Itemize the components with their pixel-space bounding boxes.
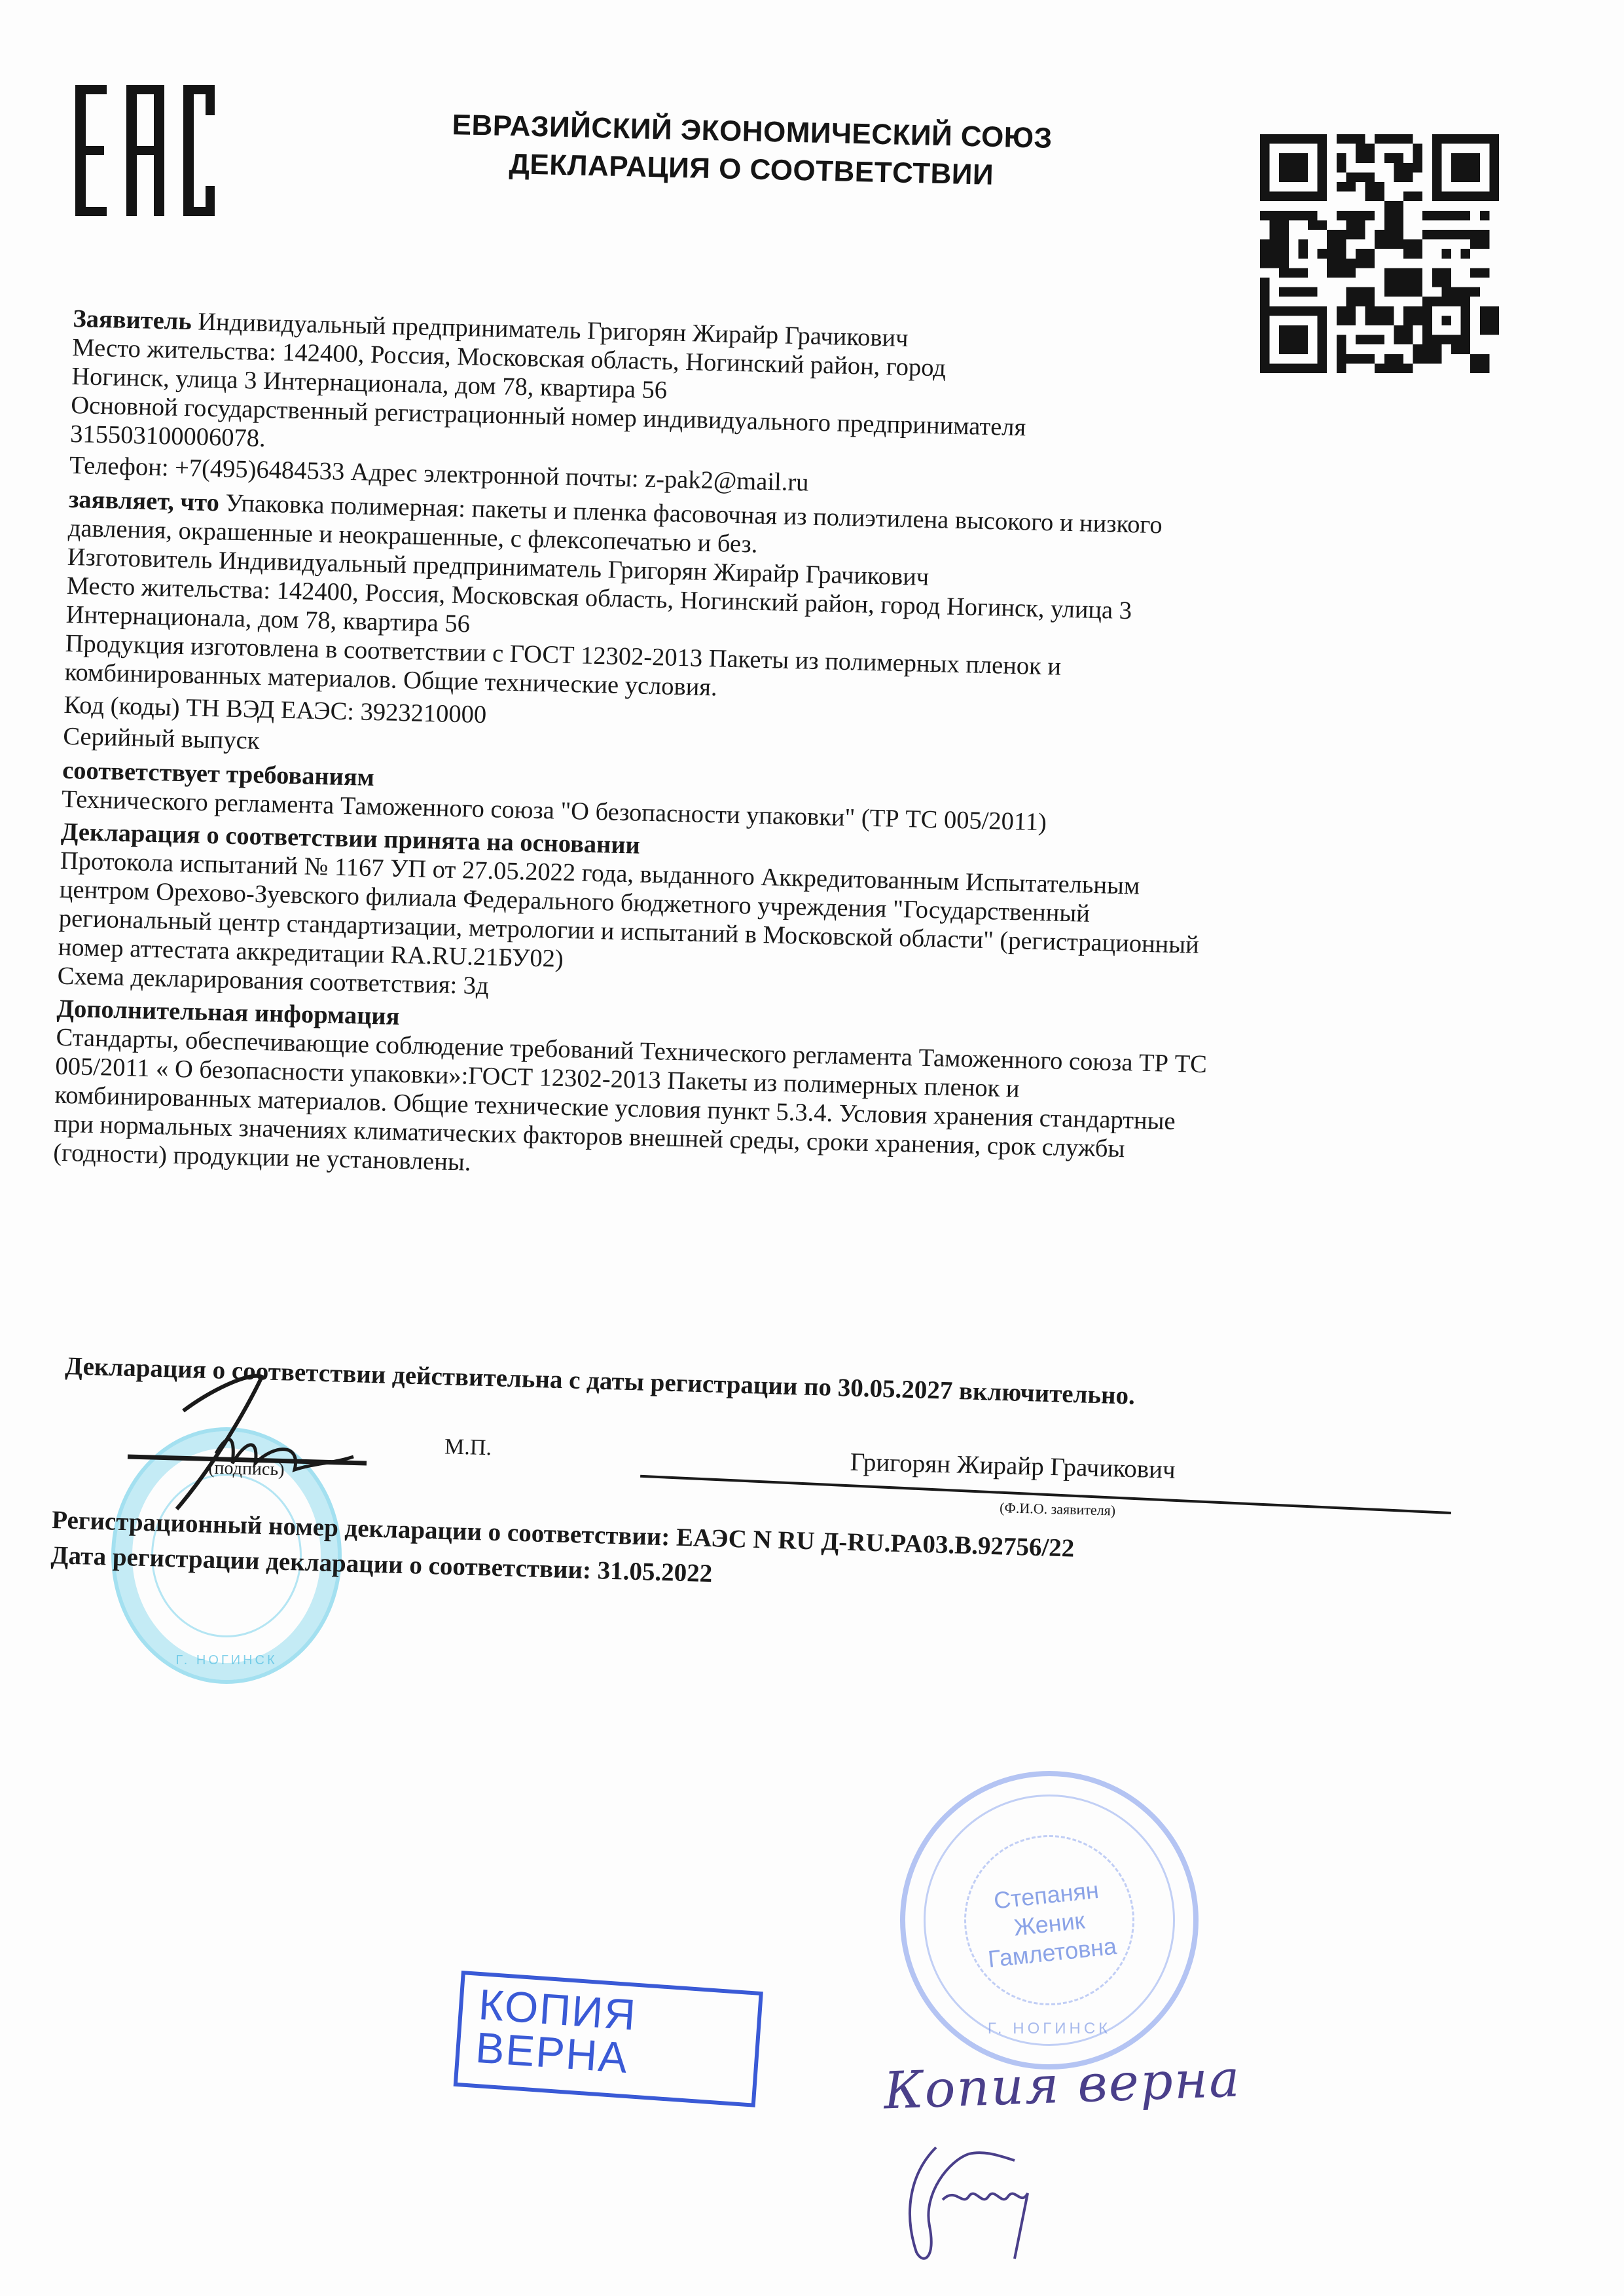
basis-section: Декларация о соответствии принята на осн… <box>57 818 1449 1023</box>
eac-logo-icon <box>75 85 226 216</box>
declaration-body: Заявитель Индивидуальный предприниматель… <box>53 304 1461 1204</box>
registration-date: 31.05.2022 <box>597 1556 713 1588</box>
registration-number: ЕАЭС N RU Д-RU.PA03.B.92756/22 <box>676 1523 1074 1563</box>
signature-caption: (подпись) <box>208 1458 285 1481</box>
additional-section: Дополнительная информация Стандарты, обе… <box>53 994 1445 1200</box>
declares-label: заявляет, что <box>68 486 219 517</box>
applicant-full-name: Григорян Жирайр Грачикович <box>850 1448 1176 1485</box>
document-header: ЕВРАЗИЙСКИЙ ЭКОНОМИЧЕСКИЙ СОЮЗ ДЕКЛАРАЦИ… <box>391 105 1112 197</box>
certifier-seal-city: Г. НОГИНСК <box>905 2020 1193 2038</box>
handwritten-copy-note: Копия верна <box>883 2050 1242 2121</box>
declares-section: заявляет, что Упаковка полимерная: пакет… <box>63 485 1456 784</box>
copy-certified-stamp: КОПИЯ ВЕРНА <box>454 1971 763 2107</box>
applicant-label: Заявитель <box>73 305 192 335</box>
certifier-seal-stamp: Степанян Женик Гамлетовна Г. НОГИНСК <box>900 1771 1199 2069</box>
applicant-seal-city: Г. НОГИНСК <box>115 1653 338 1668</box>
copy-stamp-line2: ВЕРНА <box>475 2026 636 2080</box>
seal-place-label: М.П. <box>444 1434 492 1461</box>
declaration-page: ЕВРАЗИЙСКИЙ ЭКОНОМИЧЕСКИЙ СОЮЗ ДЕКЛАРАЦИ… <box>0 0 1624 2296</box>
certifier-signature-icon <box>897 2134 1067 2265</box>
applicant-section: Заявитель Индивидуальный предприниматель… <box>69 304 1461 513</box>
name-caption: (Ф.И.О. заявителя) <box>1000 1499 1116 1519</box>
